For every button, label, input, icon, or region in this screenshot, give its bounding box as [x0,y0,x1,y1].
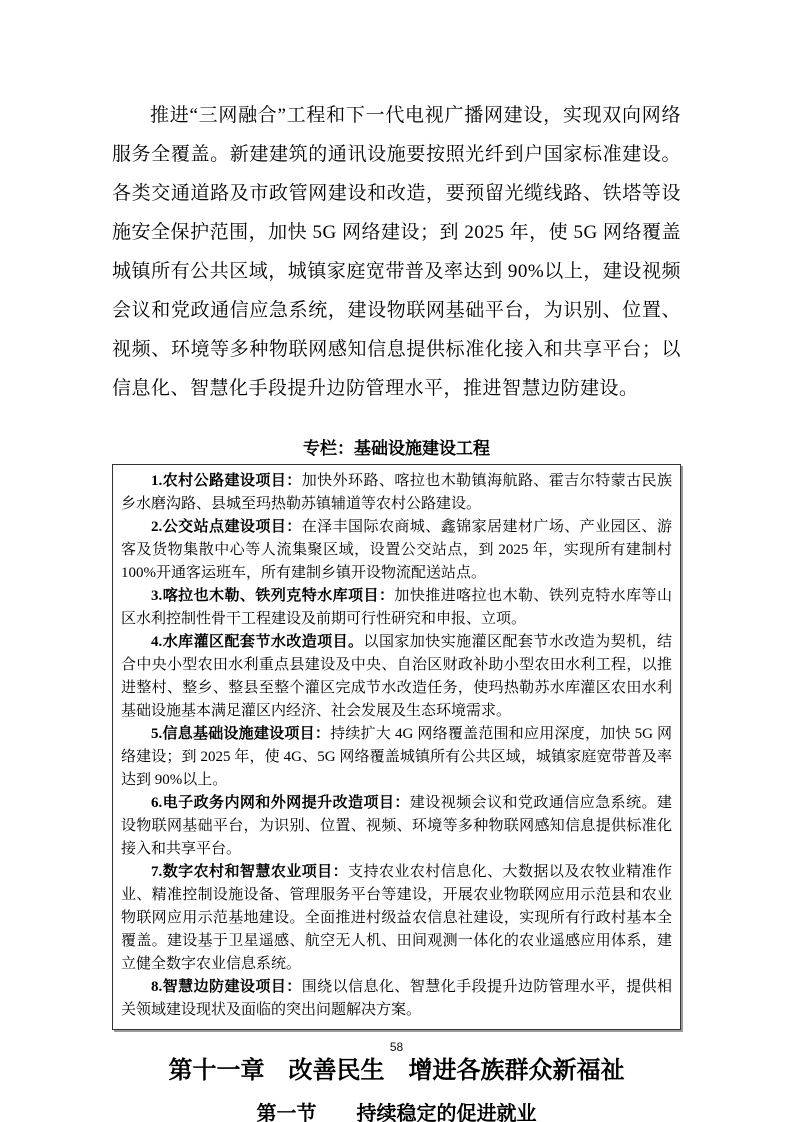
box-item-heading: 1.农村公路建设项目： [151,473,302,489]
column-box: 1.农村公路建设项目：加快外环路、喀拉也木勒镇海航路、霍吉尔特蒙古民族乡水磨沟路… [112,464,681,1030]
box-item-heading: 3.喀拉也木勒、铁列克特水库项目： [151,588,394,604]
document-page: 推进“三网融合”工程和下一代电视广播网建设，实现双向网络服务全覆盖。新建建筑的通… [0,0,793,1122]
box-item-heading: 7.数字农村和智慧农业项目： [151,864,348,880]
box-item-heading: 6.电子政务内网和外网提升改造项目： [151,795,410,811]
box-item-5: 5.信息基础设施建设项目：持续扩大 4G 网络覆盖范围和应用深度，加快 5G 网… [121,723,672,792]
box-item-4: 4.水库灌区配套节水改造项目。以国家加快实施灌区配套节水改造为契机，结合中央小型… [121,631,672,723]
column-box-title: 专栏：基础设施建设工程 [112,434,681,459]
box-item-8: 8.智慧边防建设项目：围绕以信息化、智慧化手段提升边防管理水平，提供相关领域建设… [121,976,672,1022]
section-heading: 第一节 持续稳定的促进就业 [112,1097,681,1122]
box-item-heading: 5.信息基础设施建设项目： [151,726,330,742]
body-paragraph: 推进“三网融合”工程和下一代电视广播网建设，实现双向网络服务全覆盖。新建建筑的通… [112,96,681,408]
page-number: 58 [0,1040,793,1054]
box-item-3: 3.喀拉也木勒、铁列克特水库项目：加快推进喀拉也木勒、铁列克特水库等山区水利控制… [121,585,672,631]
box-item-7: 7.数字农村和智慧农业项目：支持农业农村信息化、大数据以及农牧业精准作业、精准控… [121,861,672,976]
box-item-1: 1.农村公路建设项目：加快外环路、喀拉也木勒镇海航路、霍吉尔特蒙古民族乡水磨沟路… [121,470,672,516]
box-item-heading: 8.智慧边防建设项目： [151,979,302,995]
box-item-2: 2.公交站点建设项目：在泽丰国际农商城、鑫锦家居建材广场、产业园区、游客及货物集… [121,516,672,585]
box-item-heading: 4.水库灌区配套节水改造项目。 [151,634,364,650]
box-item-text: 支持农业农村信息化、大数据以及农牧业精准作业、精准控制设施设备、管理服务平台等建… [121,864,672,972]
chapter-heading: 第十一章 改善民生 增进各族群众新福祉 [112,1050,681,1085]
box-item-6: 6.电子政务内网和外网提升改造项目：建设视频会议和党政通信应急系统。建设物联网基… [121,792,672,861]
box-item-heading: 2.公交站点建设项目： [151,519,302,535]
